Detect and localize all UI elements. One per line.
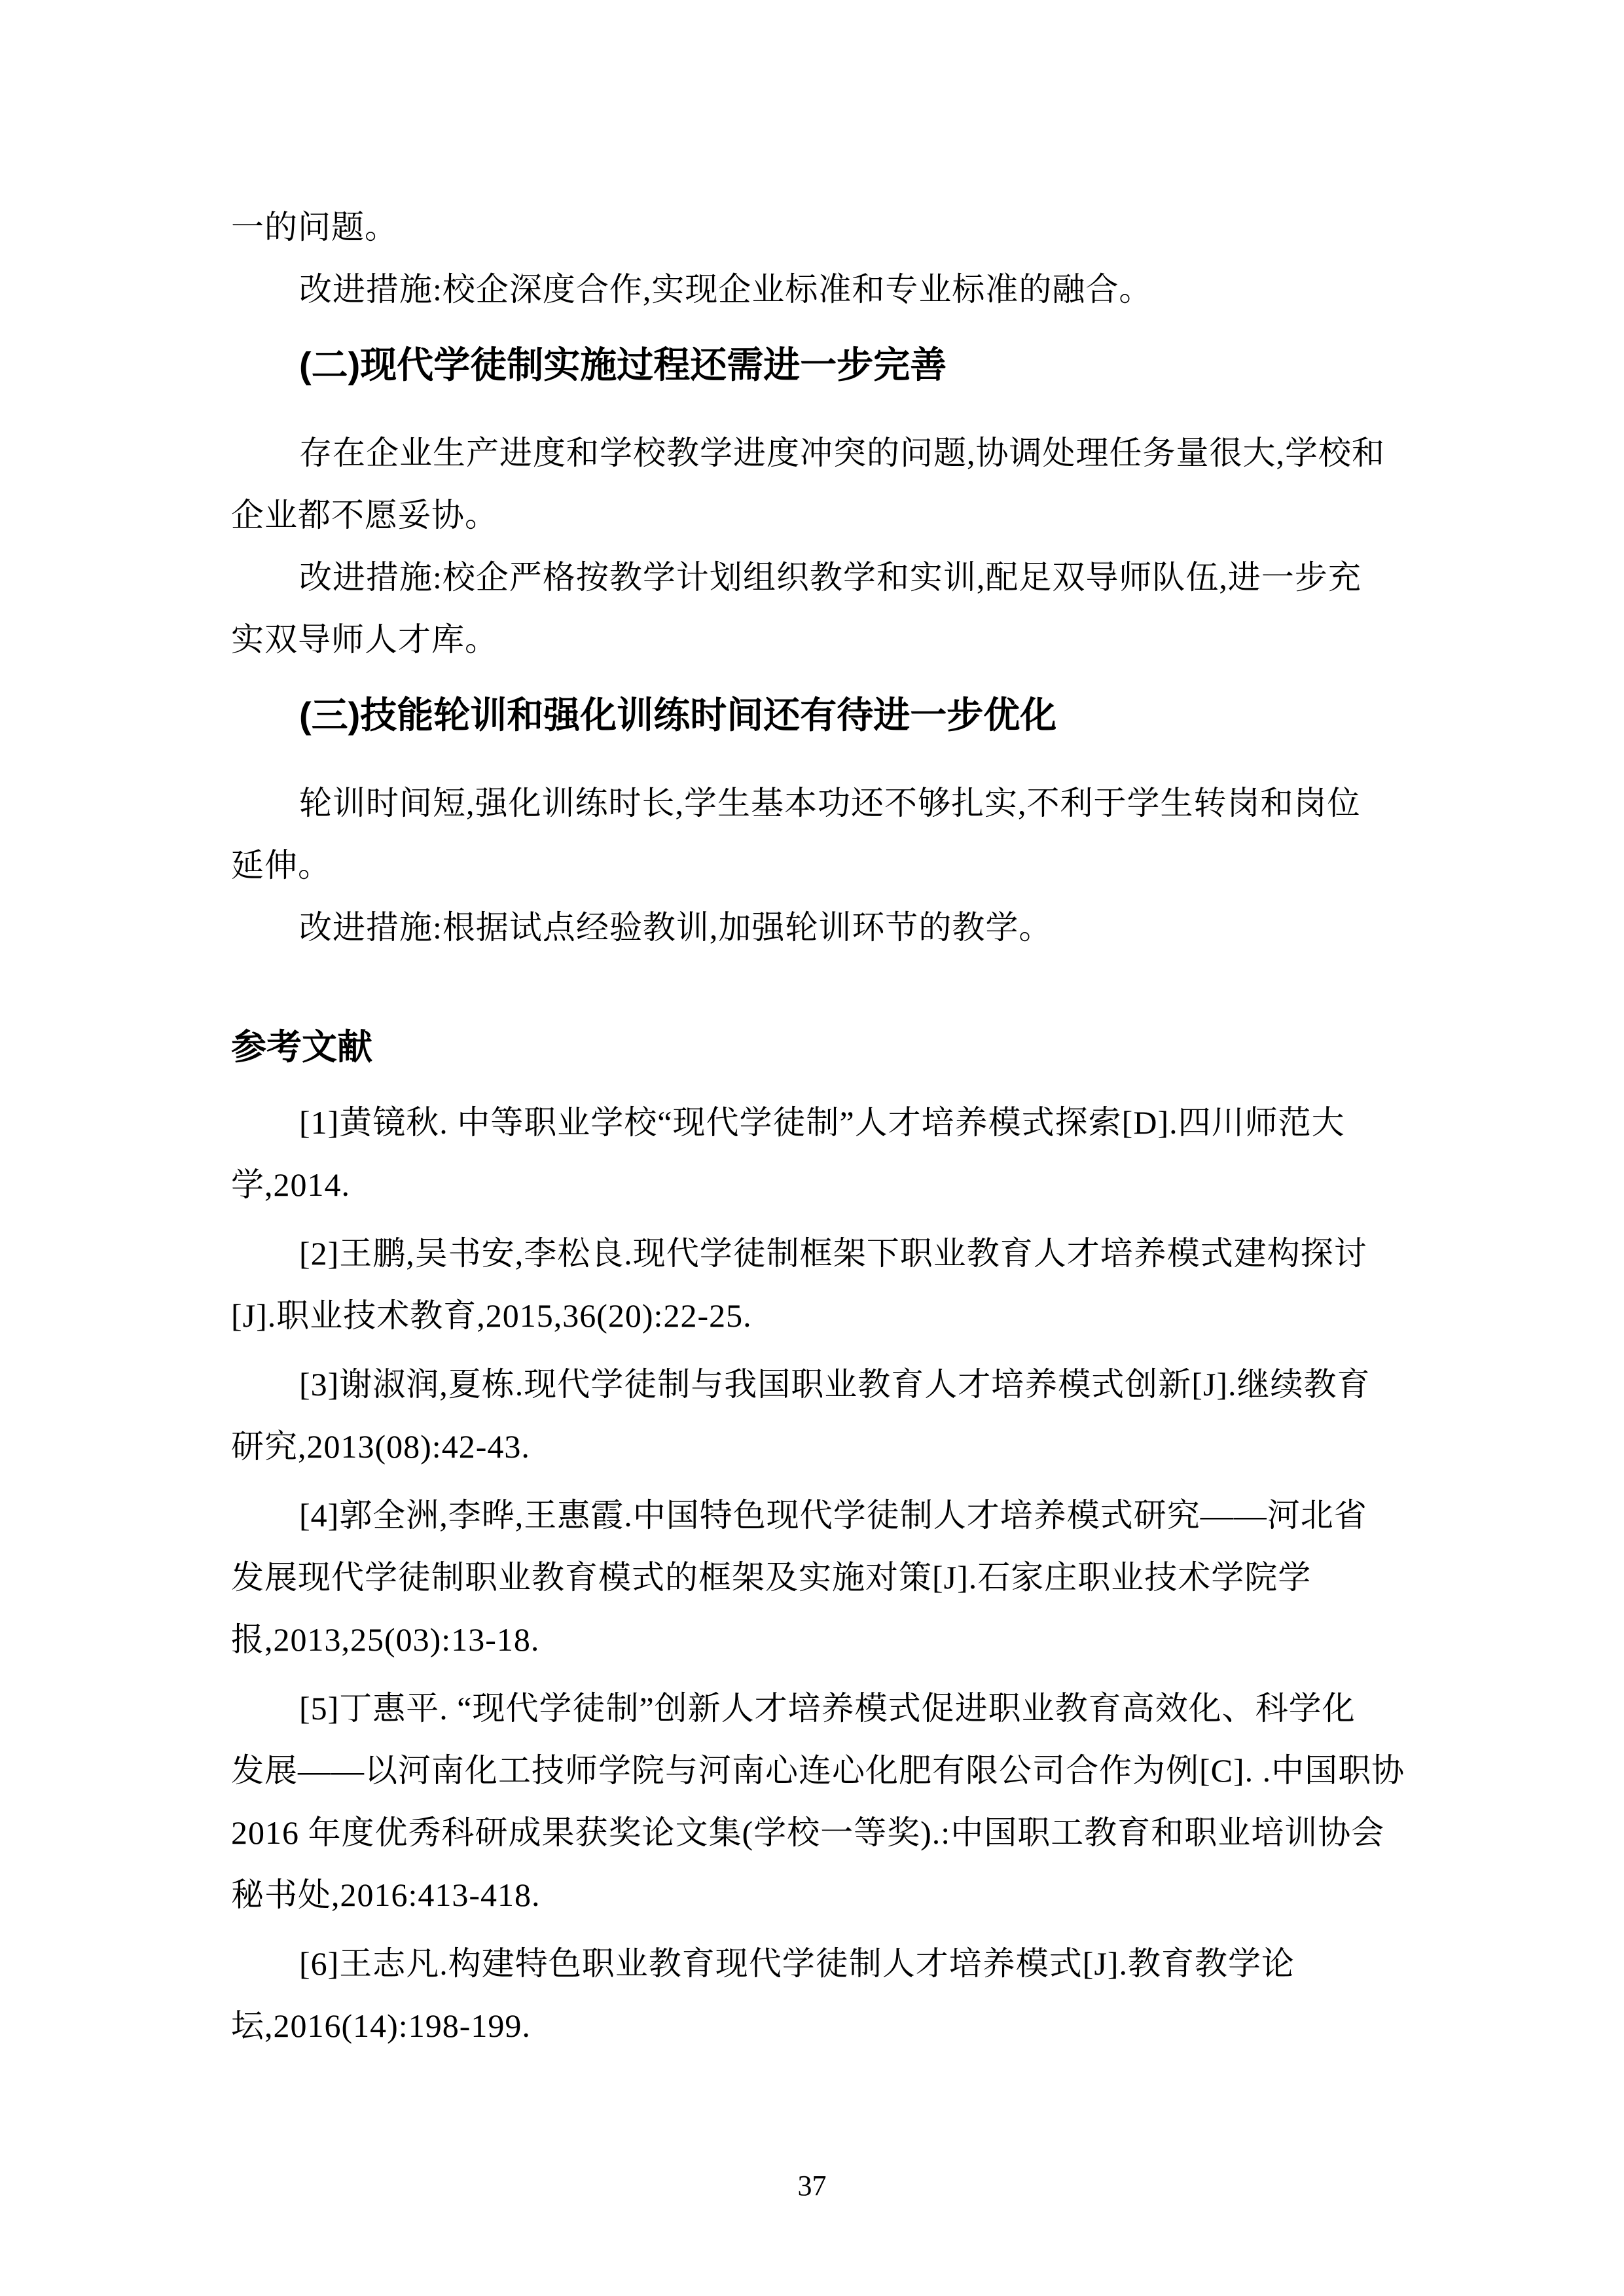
text-line: [5]丁惠平. “现代学徒制”创新人才培养模式促进职业教育高效化、科学化	[231, 1677, 1399, 1740]
text-line: 发展现代学徒制职业教育模式的框架及实施对策[J].石家庄职业技术学院学	[231, 1547, 1399, 1609]
sub-section-heading: (二)现代学徒制实施过程还需进一步完善	[231, 332, 1399, 398]
paragraph: 轮训时间短,强化训练时长,学生基本功还不够扎实,不利于学生转岗和岗位延伸。	[231, 772, 1399, 897]
page-content: 一的问题。改进措施:校企深度合作,实现企业标准和专业标准的融合。(二)现代学徒制…	[231, 196, 1399, 2064]
text-line: 坛,2016(14):198-199.	[231, 1995, 1399, 2057]
sub-section-heading: (三)技能轮训和强化训练时间还有待进一步优化	[231, 683, 1399, 748]
text-line: [2]王鹏,吴书安,李松良.现代学徒制框架下职业教育人才培养模式建构探讨	[231, 1223, 1399, 1285]
page-number: 37	[0, 2166, 1624, 2206]
paragraph: 改进措施:根据试点经验教训,加强轮训环节的教学。	[231, 897, 1399, 959]
text-line: [4]郭全洲,李晔,王惠霞.中国特色现代学徒制人才培养模式研究——河北省	[231, 1484, 1399, 1547]
reference-entry: [1]黄镜秋. 中等职业学校“现代学徒制”人才培养模式探索[D].四川师范大学,…	[231, 1092, 1399, 1216]
text-line: 轮训时间短,强化训练时长,学生基本功还不够扎实,不利于学生转岗和岗位	[231, 772, 1399, 834]
text-line: 改进措施:根据试点经验教训,加强轮训环节的教学。	[231, 897, 1399, 959]
reference-entry: [4]郭全洲,李晔,王惠霞.中国特色现代学徒制人才培养模式研究——河北省发展现代…	[231, 1484, 1399, 1671]
paragraph: 存在企业生产进度和学校教学进度冲突的问题,协调处理任务量很大,学校和企业都不愿妥…	[231, 422, 1399, 547]
text-line: 2016 年度优秀科研成果获奖论文集(学校一等奖).:中国职工教育和职业培训协会	[231, 1802, 1399, 1864]
references-heading: 参考文献	[231, 1014, 1399, 1080]
paragraph: 改进措施:校企严格按教学计划组织教学和实训,配足双导师队伍,进一步充实双导师人才…	[231, 547, 1399, 671]
document-page: 一的问题。改进措施:校企深度合作,实现企业标准和专业标准的融合。(二)现代学徒制…	[0, 0, 1624, 2296]
text-line: 报,2013,25(03):13-18.	[231, 1609, 1399, 1671]
paragraph: 一的问题。	[231, 196, 1399, 259]
paragraph: 改进措施:校企深度合作,实现企业标准和专业标准的融合。	[231, 259, 1399, 321]
text-line: [1]黄镜秋. 中等职业学校“现代学徒制”人才培养模式探索[D].四川师范大	[231, 1092, 1399, 1154]
reference-entry: [3]谢淑润,夏栋.现代学徒制与我国职业教育人才培养模式创新[J].继续教育研究…	[231, 1354, 1399, 1478]
text-line: 改进措施:校企深度合作,实现企业标准和专业标准的融合。	[231, 259, 1399, 321]
reference-entry: [2]王鹏,吴书安,李松良.现代学徒制框架下职业教育人才培养模式建构探讨[J].…	[231, 1223, 1399, 1347]
text-line: 发展——以河南化工技师学院与河南心连心化肥有限公司合作为例[C]. .中国职协	[231, 1740, 1399, 1802]
text-line: 一的问题。	[231, 196, 1399, 259]
text-line: [6]王志凡.构建特色职业教育现代学徒制人才培养模式[J].教育教学论	[231, 1933, 1399, 1995]
text-line: 研究,2013(08):42-43.	[231, 1416, 1399, 1478]
text-line: 存在企业生产进度和学校教学进度冲突的问题,协调处理任务量很大,学校和	[231, 422, 1399, 484]
text-line: 企业都不愿妥协。	[231, 484, 1399, 547]
text-line: 秘书处,2016:413-418.	[231, 1864, 1399, 1926]
text-line: 实双导师人才库。	[231, 609, 1399, 671]
reference-entry: [6]王志凡.构建特色职业教育现代学徒制人才培养模式[J].教育教学论坛,201…	[231, 1933, 1399, 2057]
text-line: 学,2014.	[231, 1154, 1399, 1216]
text-line: [3]谢淑润,夏栋.现代学徒制与我国职业教育人才培养模式创新[J].继续教育	[231, 1354, 1399, 1416]
text-line: [J].职业技术教育,2015,36(20):22-25.	[231, 1285, 1399, 1347]
text-line: 延伸。	[231, 834, 1399, 897]
text-line: 改进措施:校企严格按教学计划组织教学和实训,配足双导师队伍,进一步充	[231, 547, 1399, 609]
reference-entry: [5]丁惠平. “现代学徒制”创新人才培养模式促进职业教育高效化、科学化发展——…	[231, 1677, 1399, 1926]
